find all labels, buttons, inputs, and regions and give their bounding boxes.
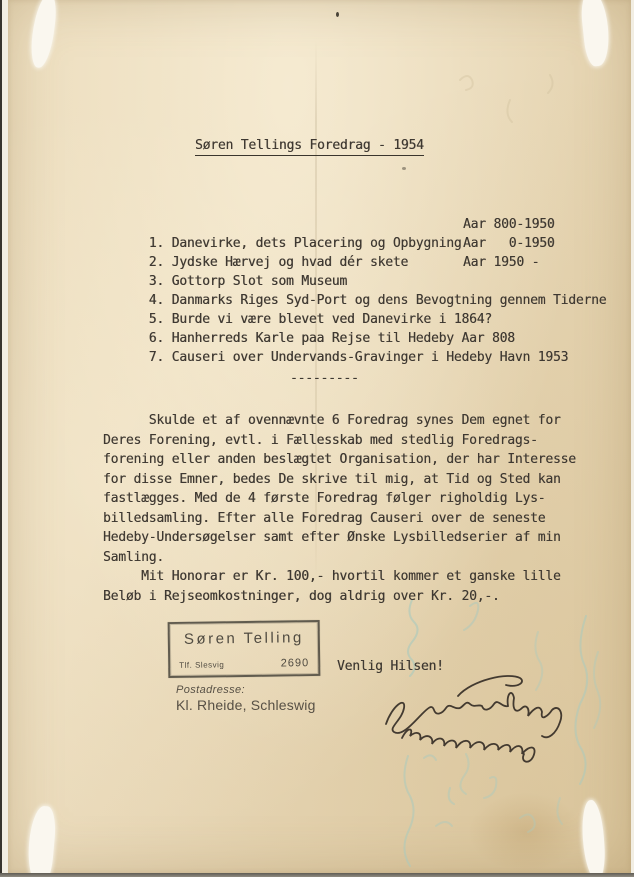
lecture-year: Aar 1950 - — [463, 253, 539, 272]
stamp-name: Søren Telling — [170, 629, 318, 648]
stamp-phone-number: 2690 — [281, 657, 310, 669]
scan-edge-bottom — [0, 873, 634, 877]
lecture-item: 7. Causeri over Undervands-Gravinger i H… — [103, 329, 583, 348]
rubber-stamp: Søren Telling Tlf. Slesvig 2690 — [168, 620, 321, 678]
ink-speck — [336, 12, 339, 17]
dash-separator: --------- — [290, 371, 359, 386]
lecture-item: 4. Danmarks Riges Syd-Port og dens Bevog… — [103, 272, 583, 291]
stamp-phone-label: Tlf. Slesvig — [179, 660, 224, 670]
letter-body: Skulde et af ovennævnte 6 Foredrag synes… — [103, 411, 576, 606]
postal-label: Postadresse: — [176, 684, 316, 696]
lecture-item: 6. Hanherreds Karle paa Rejse til Hedeby… — [103, 310, 583, 329]
scan-edge-left — [0, 0, 2, 877]
lecture-item: 2. Jydske Hærvej og hvad dér skete Aar 0… — [103, 234, 583, 253]
lecture-year: Aar 800-1950 — [463, 215, 555, 234]
pencil-speck — [402, 167, 406, 170]
postal-address: Kl. Rheide, Schleswig — [176, 697, 316, 713]
lecture-item: 3. Gottorp Slot som Museum Aar 1950 - — [103, 253, 583, 272]
postal-address-block: Postadresse: Kl. Rheide, Schleswig — [176, 684, 316, 713]
letter-title: Søren Tellings Foredrag - 1954 — [195, 138, 424, 156]
lecture-list: 1. Danevirke, dets Placering og Opbygnin… — [103, 215, 583, 348]
scanned-letter: Søren Tellings Foredrag - 1954 1. Danevi… — [0, 0, 634, 877]
lecture-year: Aar 0-1950 — [463, 234, 555, 253]
lecture-item: 1. Danevirke, dets Placering og Opbygnin… — [103, 215, 583, 234]
faint-impression-marks — [440, 60, 580, 180]
lecture-item: 5. Burde vi være blevet ved Danevirke i … — [103, 291, 583, 310]
lecture-text: 7. Causeri over Undervands-Gravinger i H… — [149, 350, 568, 365]
handwritten-signature — [362, 666, 582, 756]
